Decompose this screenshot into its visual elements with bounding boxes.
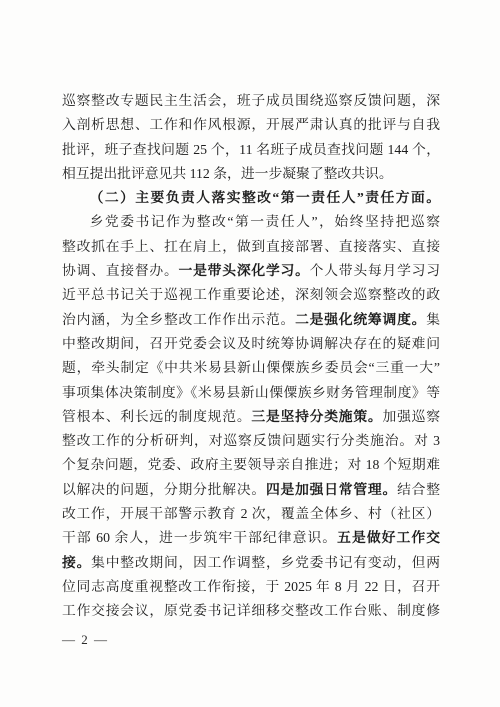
text-segment: 乡党委书记作为整改“第一责任人”，始终坚持把巡察 xyxy=(90,214,440,229)
text-segment: 以解决的问题，分期分批解决。 xyxy=(62,482,266,497)
text-line: 个复杂问题，党委、政府主要领导亲自推进；对 18 个短期难 xyxy=(62,453,440,477)
text-segment: 结合整 xyxy=(397,482,440,497)
text-line: 治内涵，为全乡整改工作作出示范。二是强化统筹调度。集 xyxy=(62,308,440,332)
text-line: （二）主要负责人落实整改“第一责任人”责任方面。 xyxy=(62,186,440,210)
text-line: 中整改期间，召开党委会议及时统筹协调解决存在的疑难问 xyxy=(62,332,440,356)
text-segment: 个人带头每月学习习 xyxy=(310,263,440,278)
text-line: 以解决的问题，分期分批解决。四是加强日常管理。结合整 xyxy=(62,478,440,502)
bold-text-segment: 接。 xyxy=(62,555,91,570)
text-line: 工作交接会议，原党委书记详细移交整改工作台账、制度修 xyxy=(62,599,440,623)
bold-text-segment: 一是带头深化学习。 xyxy=(179,263,310,278)
page-number: — 2 — xyxy=(62,628,440,652)
text-line: 入剖析思想、工作和作风根源，开展严肃认真的批评与自我 xyxy=(62,113,440,137)
text-line: 改工作，开展干部警示教育 2 次，覆盖全体乡、村（社区） xyxy=(62,502,440,526)
text-segment: 批评，班子查找问题 25 个，11 名班子成员查找问题 144 个， xyxy=(62,142,440,157)
text-segment: 近平总书记关于巡视工作重要论述，深刻领会巡察整改的政 xyxy=(62,287,440,302)
text-segment: 中整改期间，召开党委会议及时统筹协调解决存在的疑难问 xyxy=(62,336,440,351)
text-line: 接。集中整改期间，因工作调整，乡党委书记有变动，但两 xyxy=(62,551,440,575)
text-segment: 个复杂问题，党委、政府主要领导亲自推进；对 18 个短期难 xyxy=(62,457,440,472)
text-line: 位同志高度重视整改工作衔接，于 2025 年 8 月 22 日，召开 xyxy=(62,575,440,599)
text-segment: 集中整改期间，因工作调整，乡党委书记有变动，但两 xyxy=(91,555,440,570)
text-line: 整改工作的分析研判，对巡察反馈问题实行分类施治。对 3 xyxy=(62,429,440,453)
text-line: 题，牵头制定《中共米易县新山傈僳族乡委员会“三重一大” xyxy=(62,356,440,380)
text-segment: 改工作，开展干部警示教育 2 次，覆盖全体乡、村（社区） xyxy=(62,506,440,521)
text-segment: 集 xyxy=(426,312,440,327)
text-segment: 题，牵头制定《中共米易县新山傈僳族乡委员会“三重一大” xyxy=(62,360,440,375)
text-segment: 事项集体决策制度》《米易县新山傈僳族乡财务管理制度》等 xyxy=(62,385,440,400)
text-line: 整改抓在手上、扛在肩上，做到直接部署、直接落实、直接 xyxy=(62,235,440,259)
text-segment: 干部 60 余人，进一步筑牢干部纪律意识。 xyxy=(62,530,337,545)
text-segment: 入剖析思想、工作和作风根源，开展严肃认真的批评与自我 xyxy=(62,117,440,132)
text-segment: 治内涵，为全乡整改工作作出示范。 xyxy=(62,312,295,327)
bold-text-segment: 三是坚持分类施策。 xyxy=(251,409,382,424)
document-page: 巡察整改专题民主生活会，班子成员围绕巡察反馈问题，深入剖析思想、工作和作风根源，… xyxy=(0,0,500,707)
bold-text-segment: （二）主要负责人落实整改“第一责任人”责任方面。 xyxy=(90,190,440,205)
text-segment: 巡察整改专题民主生活会，班子成员围绕巡察反馈问题，深 xyxy=(62,93,440,108)
text-line: 管根本、利长远的制度规范。三是坚持分类施策。加强巡察 xyxy=(62,405,440,429)
document-body: 巡察整改专题民主生活会，班子成员围绕巡察反馈问题，深入剖析思想、工作和作风根源，… xyxy=(62,89,440,652)
text-line: 干部 60 余人，进一步筑牢干部纪律意识。五是做好工作交 xyxy=(62,526,440,550)
text-line: 批评，班子查找问题 25 个，11 名班子成员查找问题 144 个， xyxy=(62,138,440,162)
text-segment: 协调、直接督办。 xyxy=(62,263,179,278)
text-segment: 加强巡察 xyxy=(383,409,440,424)
text-segment: 管根本、利长远的制度规范。 xyxy=(62,409,251,424)
bold-text-segment: 四是加强日常管理。 xyxy=(266,482,397,497)
text-line: 事项集体决策制度》《米易县新山傈僳族乡财务管理制度》等 xyxy=(62,381,440,405)
text-line: 协调、直接督办。一是带头深化学习。个人带头每月学习习 xyxy=(62,259,440,283)
bold-text-segment: 五是做好工作交 xyxy=(337,530,440,545)
text-segment: 整改工作的分析研判，对巡察反馈问题实行分类施治。对 3 xyxy=(62,433,440,448)
bold-text-segment: 二是强化统筹调度。 xyxy=(295,312,426,327)
text-segment: 位同志高度重视整改工作衔接，于 2025 年 8 月 22 日，召开 xyxy=(62,579,440,594)
text-line: 近平总书记关于巡视工作重要论述，深刻领会巡察整改的政 xyxy=(62,283,440,307)
text-segment: 相互提出批评意见共 112 条，进一步凝聚了整改共识。 xyxy=(62,166,393,181)
text-line: 相互提出批评意见共 112 条，进一步凝聚了整改共识。 xyxy=(62,162,440,186)
text-line: 乡党委书记作为整改“第一责任人”，始终坚持把巡察 xyxy=(62,210,440,234)
text-segment: 整改抓在手上、扛在肩上，做到直接部署、直接落实、直接 xyxy=(62,239,440,254)
text-segment: 工作交接会议，原党委书记详细移交整改工作台账、制度修 xyxy=(62,603,440,618)
text-line: 巡察整改专题民主生活会，班子成员围绕巡察反馈问题，深 xyxy=(62,89,440,113)
